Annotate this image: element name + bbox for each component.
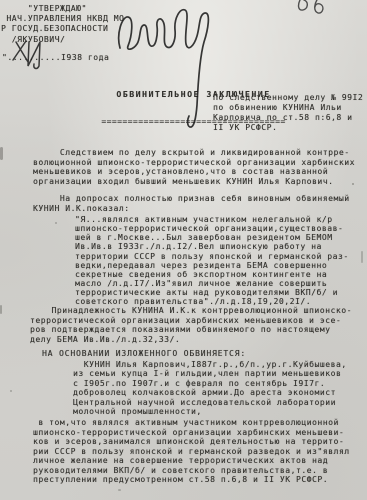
scan-smudge (361, 251, 363, 263)
paragraph-confession-intro: На допросах полностью признав себя винов… (33, 194, 350, 213)
accused-profile: КУНИН Илья Карпович,I887г.р.,б/п.,ур.г.К… (73, 360, 347, 417)
paragraph-final-charge: в том,что являлся активным участником ко… (33, 418, 350, 485)
scan-dot (352, 183, 354, 185)
document-page: "УТВЕРЖДАЮ" НАЧ.УПРАВЛЕНИЯ НКВД МО Р ГОС… (0, 0, 367, 500)
case-reference: По следственному делу № 99I2 по обвинени… (213, 93, 363, 133)
scan-dot (55, 222, 57, 224)
charges-heading: НА ОСНОВАНИИ ИЗЛОЖЕННОГО ОБВИНЯЕТСЯ: (42, 349, 246, 359)
scan-dot (10, 390, 12, 392)
approval-header: "УТВЕРЖДАЮ" НАЧ.УПРАВЛЕНИЯ НКВД МО Р ГОС… (1, 4, 124, 45)
testimony-quote: "Я...являлся активным участником нелегал… (75, 215, 349, 307)
scan-dot (308, 477, 310, 479)
scan-dot (118, 489, 121, 491)
scan-smudge (0, 305, 2, 314)
scan-smudge (0, 147, 3, 160)
paragraph-investigation: Следствием по делу вскрытой и ликвидиров… (33, 148, 355, 186)
approval-date-line: "..........I938 года (2, 53, 109, 63)
paragraph-corroboration: Принадлежность КУНИНА И.К.к контрреволюц… (30, 306, 352, 344)
scan-dot (40, 160, 42, 162)
page-number-56-stroke (299, 0, 323, 13)
